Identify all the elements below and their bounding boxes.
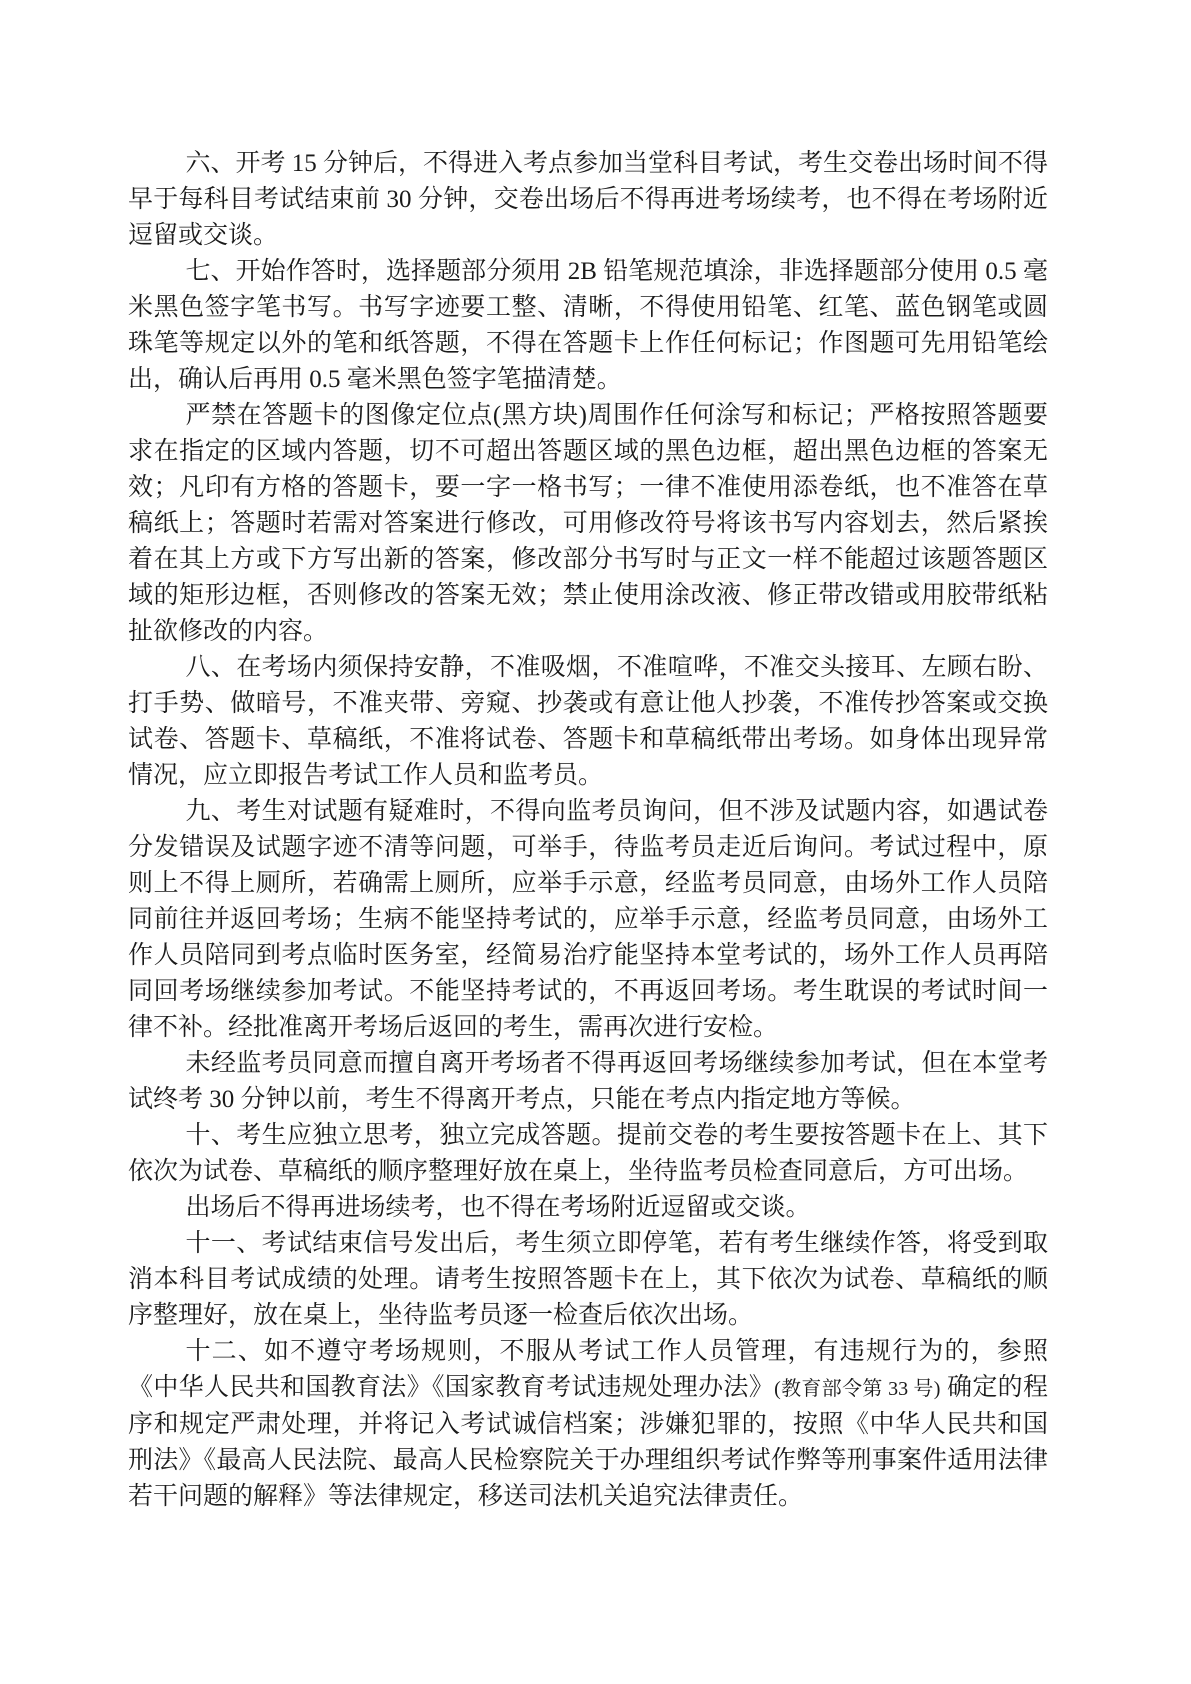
text-segment: 十、考生应独立思考，独立完成答题。提前交卷的考生要按答题卡在上、其下依次为试卷、…: [128, 1122, 1048, 1185]
paragraph-3: 严禁在答题卡的图像定位点(黑方块)周围作任何涂写和标记；严格按照答题要求在指定的…: [128, 398, 1048, 650]
text-segment: 七、开始作答时，选择题部分须用 2B 铅笔规范填涂，非选择题部分使用 0.5 毫…: [128, 258, 1048, 393]
paragraph-2: 七、开始作答时，选择题部分须用 2B 铅笔规范填涂，非选择题部分使用 0.5 毫…: [128, 254, 1048, 398]
paragraph-5: 九、考生对试题有疑难时，不得向监考员询问，但不涉及试题内容，如遇试卷分发错误及试…: [128, 794, 1048, 1046]
text-segment: 十一、考试结束信号发出后，考生须立即停笔，若有考生继续作答，将受到取消本科目考试…: [128, 1230, 1048, 1329]
paragraph-10: 十二、如不遵守考场规则，不服从考试工作人员管理，有违规行为的，参照《中华人民共和…: [128, 1334, 1048, 1515]
paragraph-6: 未经监考员同意而擅自离开考场者不得再返回考场继续参加考试，但在本堂考试终考 30…: [128, 1046, 1048, 1118]
parenthetical-note: (教育部令第 33 号): [774, 1378, 940, 1400]
text-segment: 九、考生对试题有疑难时，不得向监考员询问，但不涉及试题内容，如遇试卷分发错误及试…: [128, 798, 1048, 1041]
document-body: 六、开考 15 分钟后，不得进入考点参加当堂科目考试，考生交卷出场时间不得早于每…: [128, 146, 1048, 1515]
document-page: 六、开考 15 分钟后，不得进入考点参加当堂科目考试，考生交卷出场时间不得早于每…: [0, 0, 1191, 1684]
text-segment: 严禁在答题卡的图像定位点(黑方块)周围作任何涂写和标记；严格按照答题要求在指定的…: [128, 402, 1048, 645]
text-segment: 未经监考员同意而擅自离开考场者不得再返回考场继续参加考试，但在本堂考试终考 30…: [128, 1050, 1048, 1113]
paragraph-8: 出场后不得再进场续考，也不得在考场附近逗留或交谈。: [128, 1190, 1048, 1226]
paragraph-4: 八、在考场内须保持安静，不准吸烟，不准喧哗，不准交头接耳、左顾右盼、打手势、做暗…: [128, 650, 1048, 794]
paragraph-1: 六、开考 15 分钟后，不得进入考点参加当堂科目考试，考生交卷出场时间不得早于每…: [128, 146, 1048, 254]
paragraph-7: 十、考生应独立思考，独立完成答题。提前交卷的考生要按答题卡在上、其下依次为试卷、…: [128, 1118, 1048, 1190]
text-segment: 八、在考场内须保持安静，不准吸烟，不准喧哗，不准交头接耳、左顾右盼、打手势、做暗…: [128, 654, 1048, 789]
text-segment: 六、开考 15 分钟后，不得进入考点参加当堂科目考试，考生交卷出场时间不得早于每…: [128, 150, 1048, 249]
text-segment: 出场后不得再进场续考，也不得在考场附近逗留或交谈。: [186, 1194, 811, 1221]
paragraph-9: 十一、考试结束信号发出后，考生须立即停笔，若有考生继续作答，将受到取消本科目考试…: [128, 1226, 1048, 1334]
